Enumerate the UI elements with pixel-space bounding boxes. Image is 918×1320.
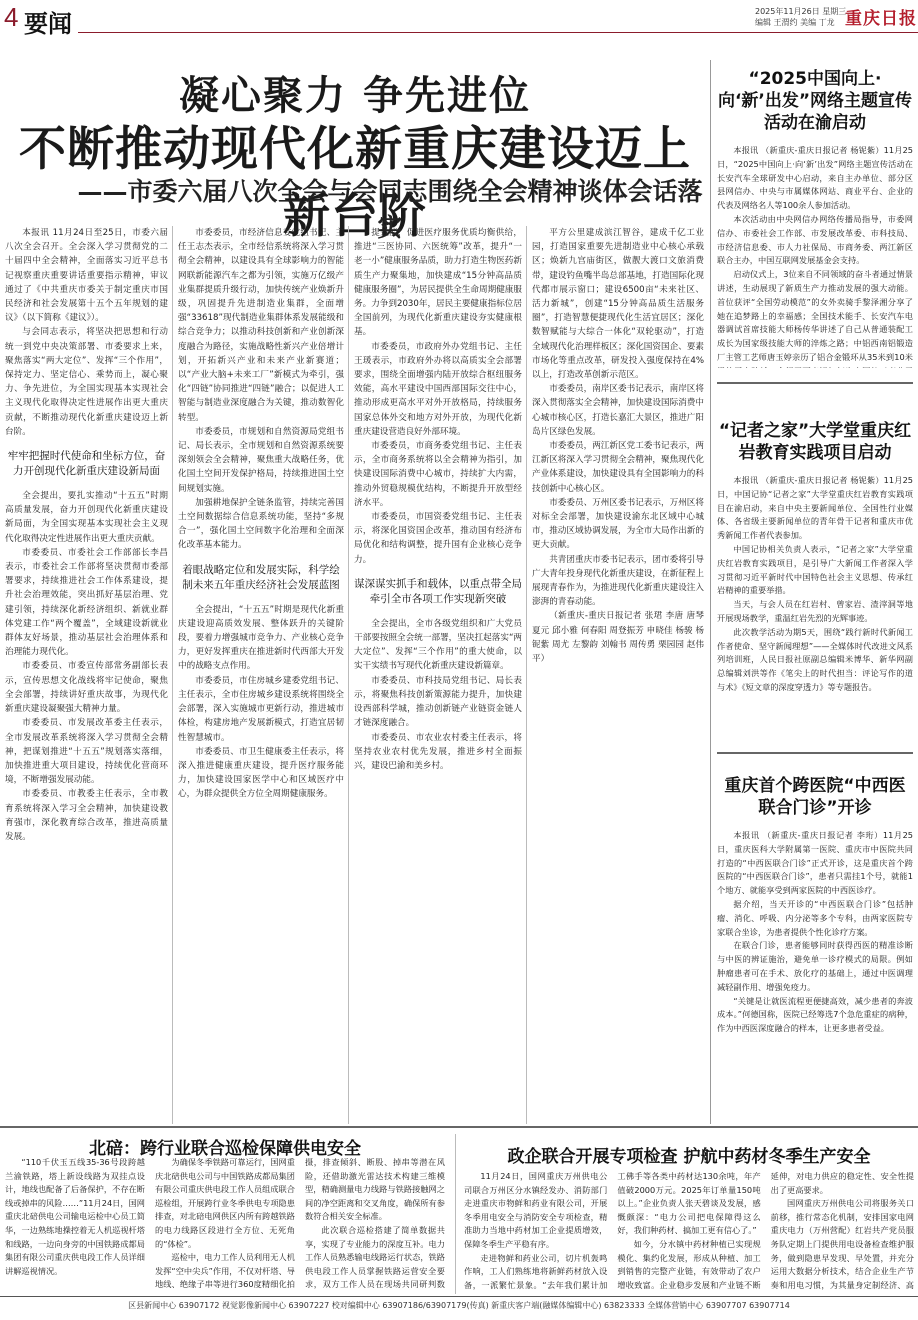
paragraph: 本报讯 （新重庆-重庆日报记者 杨铌紫）11月25日，中国记协“记者之家”大学堂…	[717, 474, 913, 543]
lead-column-2: 市委委员，市经济信息委党组书记、主任王志杰表示，全市经信系统将深入学习贯彻全会精…	[178, 226, 344, 1126]
paragraph: 市委委员、市委社会工作部部长李昌表示，市委社会工作部将坚决贯彻市委部署要求，持续…	[5, 546, 168, 660]
paragraph: 全会提出，“十五五”时期是现代化新重庆建设迎高质效发展、整体跃升的关键阶段，要着…	[178, 603, 344, 674]
sidebar-divider	[710, 60, 711, 1124]
bottom-right-body: 11月24日，国网重庆万州供电公司联合万州区分水镇经发办、消防部门走进重庆市物鲜…	[464, 1170, 914, 1296]
sidebar-story-3: 重庆首个跨医院“中西医联合门诊”开诊 本报讯 （新重庆-重庆日报记者 李珩）11…	[717, 775, 913, 1115]
paragraph: 市委委员，市政府外办党组书记、主任王瑗表示，市政府外办将以高质实全会部署要求，围…	[354, 340, 522, 439]
page-number: 4	[4, 2, 18, 33]
paragraph: 11月24日，国网重庆万州供电公司联合万州区分水镇经发办、消防部门走进重庆市物鲜…	[464, 1170, 607, 1252]
paragraph: 为确保冬季铁路可靠运行，国网重庆北碚供电公司与中国铁路成都局集团有限公司重庆供电…	[155, 1156, 295, 1251]
paragraph: 与会同志表示，将坚决把思想和行动统一到党中央决策部署、市委要求上来，聚焦落实“两…	[5, 325, 168, 439]
column-divider	[526, 226, 527, 1124]
sidebar-story-body: 本报讯 （新重庆-重庆日报记者 杨铌紫）11月25日，“2025中国向上·向‘新…	[717, 144, 913, 368]
column-divider	[348, 226, 349, 1124]
lead-column-1: 本报讯 11月24日至25日，市委六届八次全会召开。全会深入学习贯彻党的二十届四…	[5, 226, 168, 1126]
section-subhead: 谋深谋实抓手和载体，以重点带全局牵引全市各项工作实现新突破	[354, 577, 522, 607]
section-name: 要闻	[24, 4, 72, 39]
paragraph: 中国记协相关负责人表示，“记者之家”大学堂重庆红岩教育实践项目，是引导广大新闻工…	[717, 543, 913, 598]
section-subhead: 牢牢把握时代使命和坐标方位，奋力开创现代化新重庆建设新局面	[5, 449, 168, 479]
paragraph: 市委委员、万州区委书记表示，万州区将对标全会部署，加快建设渝东北区域中心城市，推…	[532, 496, 704, 553]
sidebar-rule	[717, 752, 913, 754]
reporter-byline: （新重庆-重庆日报记者 张珺 李唐 唐琴 夏元 邱小雅 何春阳 周登振芳 申晓佳…	[532, 609, 704, 666]
paragraph: 市委委员、市委宣传部常务副部长表示，宣传思想文化战线将牢记使命，聚焦全会部署，持…	[5, 659, 168, 716]
bottom-section-rule	[0, 1126, 918, 1128]
issue-date: 2025年11月26日 星期三	[755, 6, 846, 17]
paragraph: 市委委员、市发展改革委主任表示，全市发展改革系统将深入学习贯彻全会精神，把谋划推…	[5, 716, 168, 787]
paragraph: 市委委员、市卫生健康委主任表示，将深入推进健康重庆建设，提升医疗服务能力，加快建…	[178, 745, 344, 802]
paragraph: 市委委员，两江新区党工委书记表示，两江新区将深入学习贯彻全会精神，聚焦现代化产业…	[532, 439, 704, 496]
paragraph: 市委委员，市国资委党组书记、主任表示，将深化国资国企改革，推动国有经济布局优化和…	[354, 510, 522, 567]
paragraph: “关键是让就医流程更便捷高效，减少患者的奔波成本。”何德国称，医院已经筹选7个急…	[717, 995, 913, 1036]
paragraph: 共青团重庆市委书记表示，团市委将引导广大青年投身现代化新重庆建设，在新征程上展现…	[532, 553, 704, 610]
paragraph: 市委委员，市经济信息委党组书记、主任王志杰表示，全市经信系统将深入学习贯彻全会精…	[178, 226, 344, 425]
masthead-logo: 重庆日报	[845, 4, 917, 29]
sidebar-story-2: “记者之家”大学堂重庆红岩教育实践项目启动 本报讯 （新重庆-重庆日报记者 杨铌…	[717, 420, 913, 750]
paragraph: 在联合门诊，患者能够同时获得西医的精准诊断与中医的辨证施治，避免单一诊疗模式的局…	[717, 939, 913, 994]
sidebar-story-body: 本报讯 （新重庆-重庆日报记者 李珩）11月25日，重庆医科大学附属第一医院、重…	[717, 829, 913, 1036]
paragraph: 市委委员、市教委主任表示，全市教育系统将深入学习全会精神，加快建设教育强市，深化…	[5, 787, 168, 844]
paragraph: 本报讯 11月24日至25日，市委六届八次全会召开。全会深入学习贯彻党的二十届四…	[5, 226, 168, 325]
paragraph: 市委委员，市商务委党组书记、主任表示，全市商务系统将以全会精神为指引，加快建设国…	[354, 439, 522, 510]
paragraph: 提效能，促进医疗服务优质均衡供给，推进“三医协同、六医统筹”改革，提升“一老一小…	[354, 226, 522, 340]
sidebar-story-title: “记者之家”大学堂重庆红岩教育实践项目启动	[717, 420, 913, 464]
footer-rule	[0, 1296, 918, 1297]
paragraph: 市委委员、市科技局党组书记、局长表示，将聚焦科技创新策源能力提升，加快建设西部科…	[354, 674, 522, 731]
column-divider	[455, 1134, 456, 1294]
paragraph: 本报讯 （新重庆-重庆日报记者 杨铌紫）11月25日，“2025中国向上·向‘新…	[717, 144, 913, 213]
paragraph: 启动仪式上，3位来自不同领域的奋斗者通过情景讲述，生动展现了新质生产力推动发展的…	[717, 268, 913, 368]
sidebar-rule	[717, 382, 913, 384]
paragraph: 全会提出，要扎实推动“十五五”时期高质量发展，奋力开创现代化新重庆建设新局面，为…	[5, 489, 168, 546]
paragraph: 平方公里建成滨江智谷，建成千亿工业园，打造国家重要先进制造业中心核心承载区；焕新…	[532, 226, 704, 382]
paragraph: 加强耕地保护全链条监管，持续完善国土空间数据综合信息系统功能，坚持“多规合一”，…	[178, 496, 344, 553]
paragraph: 市委委员，市住房城乡建委党组书记、主任表示，全市住房城乡建设系统将围绕全会部署，…	[178, 674, 344, 745]
paragraph: 本报讯 （新重庆-重庆日报记者 李珩）11月25日，重庆医科大学附属第一医院、重…	[717, 829, 913, 898]
page-header: 4 要闻 2025年11月26日 星期三 编辑 王渭约 美编 丁龙 重庆日报	[0, 0, 918, 34]
editors: 编辑 王渭约 美编 丁龙	[755, 17, 846, 28]
bottom-left-body: “110千伏玉五线35-36号段跨越兰渝铁路，塔上新设线路为双挂点设计，地线也配…	[5, 1156, 445, 1296]
paragraph: 当天，与会人员在红岩村、曾家岩、渣滓洞等地开展现场教学，重温红岩先烈的光辉事迹。	[717, 598, 913, 626]
paragraph: 此次教学活动为期5天，围绕“践行新时代新闻工作者使命、坚守新闻理想”——全媒体时…	[717, 626, 913, 695]
paragraph: 市委委员，市规划和自然资源局党组书记、局长表示，全市规划和自然资源系统要深刻领会…	[178, 425, 344, 496]
paragraph: 市委委员，南岸区委书记表示，南岸区将深入贯彻落实全会精神，加快建设国际消费中心城…	[532, 382, 704, 439]
lead-column-4: 平方公里建成滨江智谷，建成千亿工业园，打造国家重要先进制造业中心核心承载区；焕新…	[532, 226, 704, 1106]
sidebar-story-title: 重庆首个跨医院“中西医联合门诊”开诊	[717, 775, 913, 819]
lead-column-3: 提效能，促进医疗服务优质均衡供给，推进“三医协同、六医统筹”改革，提升“一老一小…	[354, 226, 522, 1126]
date-editors: 2025年11月26日 星期三 编辑 王渭约 美编 丁龙	[755, 6, 846, 28]
paragraph: 全会提出，全市各级党组织和广大党员干部要按照全会统一部署，坚决扛起落实“两大定位…	[354, 617, 522, 674]
sidebar-story-body: 本报讯 （新重庆-重庆日报记者 杨铌紫）11月25日，中国记协“记者之家”大学堂…	[717, 474, 913, 695]
column-divider	[172, 226, 173, 1124]
section-subhead: 着眼战略定位和发展实际，科学绘制未来五年重庆经济社会发展蓝图	[178, 563, 344, 593]
paragraph: “110千伏玉五线35-36号段跨越兰渝铁路，塔上新设线路为双挂点设计，地线也配…	[5, 1156, 145, 1278]
footer-contacts: 区县新闻中心 63907172 视觉影像新闻中心 63907227 校对编辑中心…	[0, 1300, 918, 1311]
paragraph: 据介绍，当天开诊的“中西医联合门诊”包括肿瘤、消化、呼吸、内分泌等多个专科，由两…	[717, 898, 913, 939]
bottom-right-title: 政企联合开展专项检查 护航中药材冬季生产安全	[460, 1142, 918, 1167]
sidebar-story-1: “2025中国向上·向‘新’出发”网络主题宣传活动在渝启动 本报讯 （新重庆-重…	[717, 68, 913, 368]
paragraph: 市委委员、市农业农村委主任表示，将坚持农业农村优先发展，推进乡村全面振兴，建设巴…	[354, 731, 522, 774]
header-rule	[78, 32, 918, 33]
paragraph: 本次活动由中央网信办网络传播局指导，市委网信办、市委社会工作部、市发展改革委、市…	[717, 213, 913, 268]
sidebar-story-title: “2025中国向上·向‘新’出发”网络主题宣传活动在渝启动	[717, 68, 913, 134]
